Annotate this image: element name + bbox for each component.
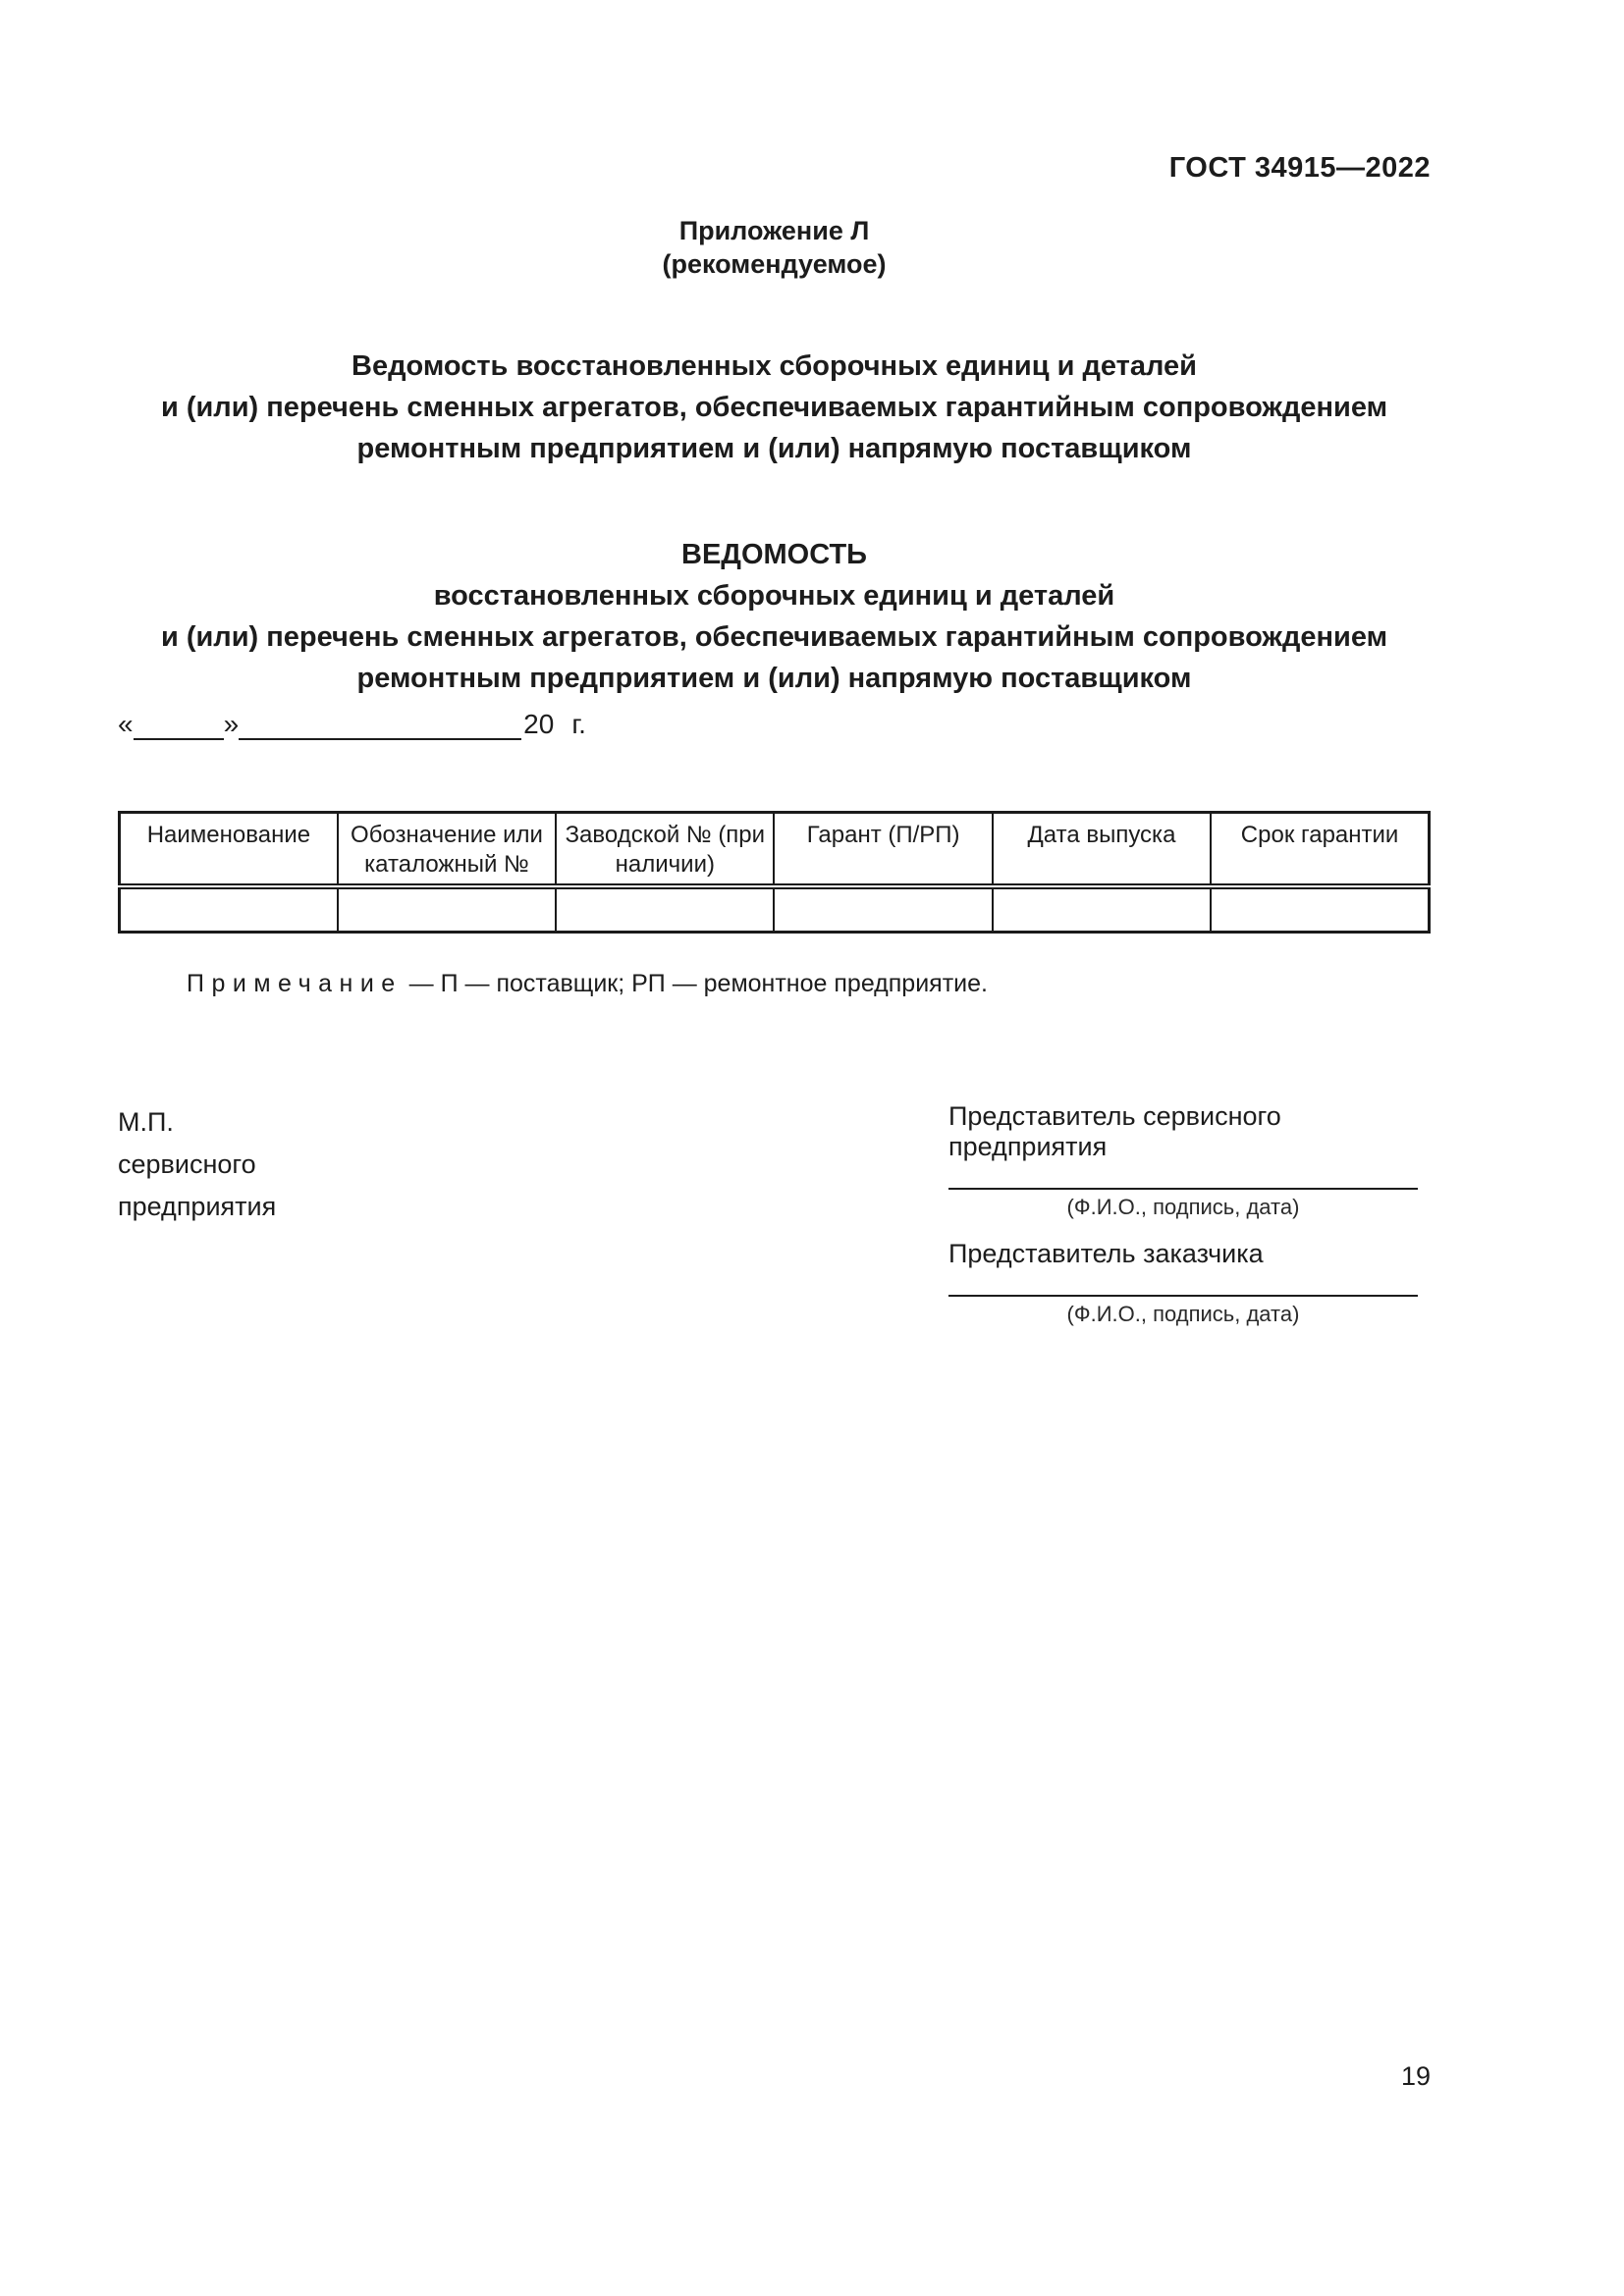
statement-title: ВЕДОМОСТЬ восстановленных сборочных един… bbox=[118, 534, 1431, 699]
main-title-line3: ремонтным предприятием и (или) напрямую … bbox=[118, 428, 1431, 469]
statement-heading: ВЕДОМОСТЬ bbox=[118, 534, 1431, 575]
table-cell-empty bbox=[556, 886, 774, 933]
table-cell-empty bbox=[993, 886, 1211, 933]
table-cell-empty bbox=[120, 886, 338, 933]
signature-label: Представитель сервисного предприятия bbox=[948, 1101, 1418, 1162]
date-open-quote: « bbox=[118, 709, 134, 739]
parts-table-body bbox=[120, 886, 1430, 933]
appendix-label: Приложение Л bbox=[118, 214, 1431, 247]
stamp-line1: М.П. bbox=[118, 1101, 276, 1144]
table-row bbox=[120, 886, 1430, 933]
date-year-prefix: 20 bbox=[523, 709, 554, 739]
header-row: Наименование Обозначение или каталожный … bbox=[120, 813, 1430, 887]
table-cell-empty bbox=[338, 886, 556, 933]
table-cell-empty bbox=[774, 886, 992, 933]
appendix-heading: Приложение Л (рекомендуемое) bbox=[118, 214, 1431, 281]
signature-caption: (Ф.И.О., подпись, дата) bbox=[948, 1195, 1418, 1220]
parts-table-header: Наименование Обозначение или каталожный … bbox=[120, 813, 1430, 887]
col-header-serial: Заводской № (при наличии) bbox=[556, 813, 774, 887]
col-header-warranty: Срок гарантии bbox=[1211, 813, 1429, 887]
parts-table-wrap: Наименование Обозначение или каталожный … bbox=[118, 811, 1431, 934]
signature-service-rep: Представитель сервисного предприятия (Ф.… bbox=[948, 1101, 1418, 1220]
date-day-blank bbox=[134, 709, 224, 740]
signature-label: Представитель заказчика bbox=[948, 1239, 1418, 1269]
statement-line4: ремонтным предприятием и (или) напрямую … bbox=[118, 658, 1431, 699]
date-close-quote: » bbox=[224, 709, 240, 739]
col-header-issue-date: Дата выпуска bbox=[993, 813, 1211, 887]
page-number: 19 bbox=[118, 2061, 1431, 2092]
doc-number: ГОСТ 34915—2022 bbox=[1169, 152, 1431, 185]
col-header-name: Наименование bbox=[120, 813, 338, 887]
appendix-kind: (рекомендуемое) bbox=[118, 247, 1431, 281]
col-header-guarantor: Гарант (П/РП) bbox=[774, 813, 992, 887]
stamp-line3: предприятия bbox=[118, 1186, 276, 1228]
signature-line bbox=[948, 1295, 1418, 1297]
document-page: ГОСТ 34915—2022 Приложение Л (рекомендуе… bbox=[0, 0, 1624, 2296]
date-year-suffix: г. bbox=[571, 709, 586, 739]
main-title: Ведомость восстановленных сборочных един… bbox=[118, 346, 1431, 469]
date-month-blank bbox=[239, 709, 521, 740]
main-title-line2: и (или) перечень сменных агрегатов, обес… bbox=[118, 387, 1431, 428]
note: Примечание — П — поставщик; РП — ремонтн… bbox=[187, 970, 988, 998]
note-label: Примечание bbox=[187, 970, 403, 997]
table-cell-empty bbox=[1211, 886, 1429, 933]
statement-line2: восстановленных сборочных единиц и детал… bbox=[118, 575, 1431, 616]
signature-line bbox=[948, 1188, 1418, 1190]
main-title-line1: Ведомость восстановленных сборочных един… bbox=[118, 346, 1431, 387]
stamp-line2: сервисного bbox=[118, 1144, 276, 1186]
signature-customer-rep: Представитель заказчика (Ф.И.О., подпись… bbox=[948, 1239, 1418, 1327]
date-line: «»20г. bbox=[118, 709, 586, 740]
stamp-block: М.П. сервисного предприятия bbox=[118, 1101, 276, 1228]
note-text: — П — поставщик; РП — ремонтное предприя… bbox=[409, 970, 988, 997]
statement-line3: и (или) перечень сменных агрегатов, обес… bbox=[118, 616, 1431, 658]
parts-table: Наименование Обозначение или каталожный … bbox=[118, 811, 1431, 934]
col-header-designation: Обозначение или каталожный № bbox=[338, 813, 556, 887]
signature-caption: (Ф.И.О., подпись, дата) bbox=[948, 1302, 1418, 1327]
